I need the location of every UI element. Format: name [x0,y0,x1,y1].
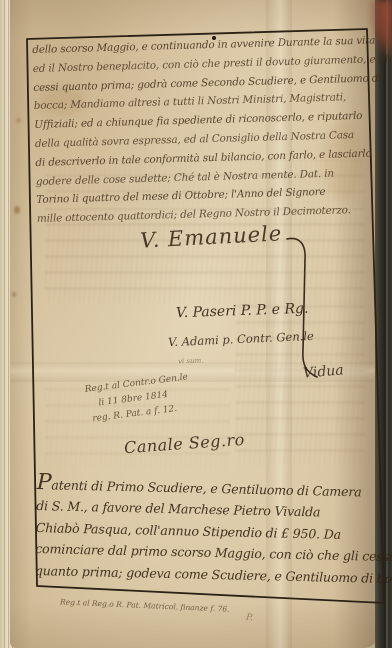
main-text-paragraph: dello scorso Maggio, e continuando in av… [32,32,377,229]
footer-mark: P. [245,613,253,624]
page-edge-line [4,0,5,648]
patent-summary-paragraph: Patenti di Primo Scudiere, e Gentiluomo … [35,474,382,589]
page-edge-line [8,0,9,648]
small-annotation: vi sum. [178,357,204,366]
manuscript-photo: dello scorso Maggio, e continuando in av… [0,0,392,648]
red-book-edge [370,0,392,60]
